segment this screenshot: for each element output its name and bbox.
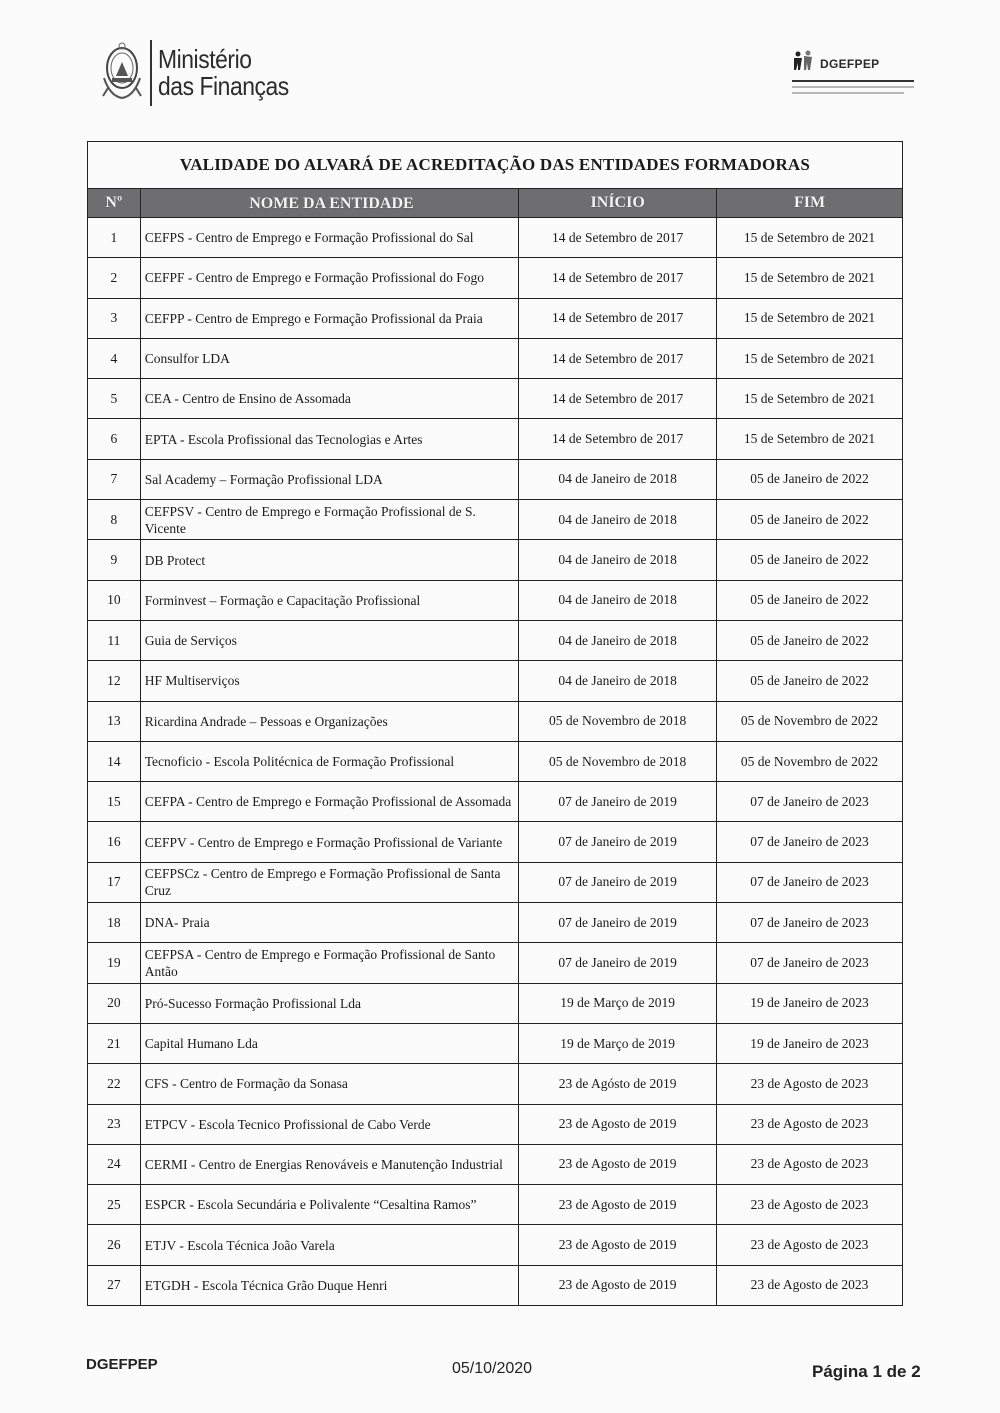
entity-name: CEFPSA - Centro de Emprego e Formação Pr… — [140, 943, 519, 983]
footer-date: 05/10/2020 — [452, 1360, 532, 1378]
start-date: 07 de Janeiro de 2019 — [519, 903, 717, 943]
table-row: 26ETJV - Escola Técnica João Varela23 de… — [88, 1225, 903, 1265]
column-header-entity-name: NOME DA ENTIDADE — [140, 189, 519, 218]
start-date: 05 de Novembro de 2018 — [519, 741, 717, 781]
end-date: 07 de Janeiro de 2023 — [717, 903, 903, 943]
row-number: 1 — [88, 218, 141, 258]
entity-name: CEA - Centro de Ensino de Assomada — [140, 379, 519, 419]
end-date: 05 de Novembro de 2022 — [717, 741, 903, 781]
end-date: 15 de Setembro de 2021 — [717, 338, 903, 378]
start-date: 04 de Janeiro de 2018 — [519, 620, 717, 660]
entity-name: HF Multiserviços — [140, 661, 519, 701]
row-number: 22 — [88, 1064, 141, 1104]
table-row: 10Forminvest – Formação e Capacitação Pr… — [88, 580, 903, 620]
row-number: 21 — [88, 1023, 141, 1063]
entity-name: DNA- Praia — [140, 903, 519, 943]
table-row: 7Sal Academy – Formação Profissional LDA… — [88, 459, 903, 499]
entity-name: CEFPF - Centro de Emprego e Formação Pro… — [140, 258, 519, 298]
entity-name: CEFPSCz - Centro de Emprego e Formação P… — [140, 862, 519, 902]
table-title: VALIDADE DO ALVARÁ DE ACREDITAÇÃO DAS EN… — [88, 142, 903, 189]
start-date: 14 de Setembro de 2017 — [519, 258, 717, 298]
table-row: 23ETPCV - Escola Tecnico Profissional de… — [88, 1104, 903, 1144]
table-row: 20Pró-Sucesso Formação Profissional Lda1… — [88, 983, 903, 1023]
table-header-row: Nº NOME DA ENTIDADE INÍCIO FIM — [88, 189, 903, 218]
entity-name: Forminvest – Formação e Capacitação Prof… — [140, 580, 519, 620]
end-date: 23 de Agosto de 2023 — [717, 1064, 903, 1104]
table-row: 6EPTA - Escola Profissional das Tecnolog… — [88, 419, 903, 459]
entity-name: DB Protect — [140, 540, 519, 580]
start-date: 04 de Janeiro de 2018 — [519, 540, 717, 580]
row-number: 19 — [88, 943, 141, 983]
end-date: 05 de Janeiro de 2022 — [717, 500, 903, 540]
agency-logo: DGEFPEP — [792, 50, 914, 94]
column-header-start: INÍCIO — [519, 189, 717, 218]
entity-name: CEFPV - Centro de Emprego e Formação Pro… — [140, 822, 519, 862]
start-date: 14 de Setembro de 2017 — [519, 298, 717, 338]
table-row: 15CEFPA - Centro de Emprego e Formação P… — [88, 782, 903, 822]
start-date: 04 de Janeiro de 2018 — [519, 459, 717, 499]
row-number: 13 — [88, 701, 141, 741]
row-number: 7 — [88, 459, 141, 499]
agency-brand-name: DGEFPEP — [820, 57, 879, 71]
row-number: 8 — [88, 500, 141, 540]
end-date: 15 de Setembro de 2021 — [717, 298, 903, 338]
row-number: 9 — [88, 540, 141, 580]
start-date: 05 de Novembro de 2018 — [519, 701, 717, 741]
table-row: 9DB Protect04 de Janeiro de 201805 de Ja… — [88, 540, 903, 580]
end-date: 23 de Agosto de 2023 — [717, 1225, 903, 1265]
end-date: 07 de Janeiro de 2023 — [717, 822, 903, 862]
entity-name: CEFPA - Centro de Emprego e Formação Pro… — [140, 782, 519, 822]
table-row: 16CEFPV - Centro de Emprego e Formação P… — [88, 822, 903, 862]
ministry-logo: Ministério das Finanças — [100, 38, 307, 108]
table-row: 13Ricardina Andrade – Pessoas e Organiza… — [88, 701, 903, 741]
table-row: 11Guia de Serviços04 de Janeiro de 20180… — [88, 620, 903, 660]
row-number: 14 — [88, 741, 141, 781]
table-row: 24CERMI - Centro de Energias Renováveis … — [88, 1144, 903, 1184]
table-row: 2CEFPF - Centro de Emprego e Formação Pr… — [88, 258, 903, 298]
row-number: 3 — [88, 298, 141, 338]
start-date: 19 de Março de 2019 — [519, 1023, 717, 1063]
column-header-number: Nº — [88, 189, 141, 218]
start-date: 23 de Agósto de 2019 — [519, 1064, 717, 1104]
row-number: 11 — [88, 620, 141, 660]
table-row: 5CEA - Centro de Ensino de Assomada14 de… — [88, 379, 903, 419]
entity-name: EPTA - Escola Profissional das Tecnologi… — [140, 419, 519, 459]
entity-name: ETPCV - Escola Tecnico Profissional de C… — [140, 1104, 519, 1144]
coat-of-arms-icon — [100, 38, 144, 108]
end-date: 15 de Setembro de 2021 — [717, 379, 903, 419]
ministry-name-line2: das Finanças — [158, 73, 289, 100]
start-date: 07 de Janeiro de 2019 — [519, 782, 717, 822]
start-date: 23 de Agosto de 2019 — [519, 1144, 717, 1184]
row-number: 4 — [88, 338, 141, 378]
start-date: 04 de Janeiro de 2018 — [519, 661, 717, 701]
start-date: 23 de Agosto de 2019 — [519, 1104, 717, 1144]
start-date: 07 de Janeiro de 2019 — [519, 943, 717, 983]
start-date: 14 de Setembro de 2017 — [519, 419, 717, 459]
end-date: 05 de Janeiro de 2022 — [717, 620, 903, 660]
people-figures-icon — [792, 50, 814, 77]
end-date: 23 de Agosto de 2023 — [717, 1104, 903, 1144]
row-number: 26 — [88, 1225, 141, 1265]
entity-name: CEFPS - Centro de Emprego e Formação Pro… — [140, 218, 519, 258]
table-row: 12HF Multiserviços04 de Janeiro de 20180… — [88, 661, 903, 701]
agency-subtitle-line — [792, 92, 904, 94]
table-row: 4Consulfor LDA14 de Setembro de 201715 d… — [88, 338, 903, 378]
row-number: 15 — [88, 782, 141, 822]
ministry-name: Ministério das Finanças — [158, 46, 289, 100]
row-number: 23 — [88, 1104, 141, 1144]
start-date: 04 de Janeiro de 2018 — [519, 580, 717, 620]
end-date: 05 de Janeiro de 2022 — [717, 661, 903, 701]
row-number: 5 — [88, 379, 141, 419]
end-date: 07 de Janeiro de 2023 — [717, 862, 903, 902]
footer-agency: DGEFPEP — [86, 1356, 158, 1373]
entity-name: CEFPSV - Centro de Emprego e Formação Pr… — [140, 500, 519, 540]
end-date: 15 de Setembro de 2021 — [717, 218, 903, 258]
start-date: 04 de Janeiro de 2018 — [519, 500, 717, 540]
row-number: 12 — [88, 661, 141, 701]
row-number: 16 — [88, 822, 141, 862]
agency-logo-rule — [792, 80, 914, 82]
table-row: 8CEFPSV - Centro de Emprego e Formação P… — [88, 500, 903, 540]
entity-name: CERMI - Centro de Energias Renováveis e … — [140, 1144, 519, 1184]
row-number: 17 — [88, 862, 141, 902]
footer-page-number: Página 1 de 2 — [812, 1362, 921, 1382]
accreditation-table: VALIDADE DO ALVARÁ DE ACREDITAÇÃO DAS EN… — [87, 141, 903, 1306]
entity-name: Tecnoficio - Escola Politécnica de Forma… — [140, 741, 519, 781]
end-date: 05 de Janeiro de 2022 — [717, 580, 903, 620]
agency-subtitle-line — [792, 86, 914, 88]
entity-name: CEFPP - Centro de Emprego e Formação Pro… — [140, 298, 519, 338]
entity-name: ETJV - Escola Técnica João Varela — [140, 1225, 519, 1265]
table-row: 21Capital Humano Lda19 de Março de 20191… — [88, 1023, 903, 1063]
entity-name: Capital Humano Lda — [140, 1023, 519, 1063]
logo-divider — [150, 40, 152, 106]
end-date: 05 de Novembro de 2022 — [717, 701, 903, 741]
table-row: 18DNA- Praia07 de Janeiro de 201907 de J… — [88, 903, 903, 943]
table-row: 19CEFPSA - Centro de Emprego e Formação … — [88, 943, 903, 983]
start-date: 14 de Setembro de 2017 — [519, 218, 717, 258]
end-date: 15 de Setembro de 2021 — [717, 258, 903, 298]
table-body: 1CEFPS - Centro de Emprego e Formação Pr… — [88, 218, 903, 1306]
row-number: 18 — [88, 903, 141, 943]
entity-name: ETGDH - Escola Técnica Grão Duque Henri — [140, 1265, 519, 1305]
end-date: 23 de Agosto de 2023 — [717, 1265, 903, 1305]
start-date: 14 de Setembro de 2017 — [519, 338, 717, 378]
start-date: 19 de Março de 2019 — [519, 983, 717, 1023]
entity-name: Guia de Serviços — [140, 620, 519, 660]
row-number: 24 — [88, 1144, 141, 1184]
end-date: 23 de Agosto de 2023 — [717, 1144, 903, 1184]
column-header-end: FIM — [717, 189, 903, 218]
entity-name: Consulfor LDA — [140, 338, 519, 378]
ministry-name-line1: Ministério — [158, 46, 289, 73]
entity-name: Ricardina Andrade – Pessoas e Organizaçõ… — [140, 701, 519, 741]
table-row: 14Tecnoficio - Escola Politécnica de For… — [88, 741, 903, 781]
table-row: 27ETGDH - Escola Técnica Grão Duque Henr… — [88, 1265, 903, 1305]
start-date: 14 de Setembro de 2017 — [519, 379, 717, 419]
start-date: 07 de Janeiro de 2019 — [519, 822, 717, 862]
row-number: 10 — [88, 580, 141, 620]
row-number: 20 — [88, 983, 141, 1023]
entity-name: CFS - Centro de Formação da Sonasa — [140, 1064, 519, 1104]
table-row: 22CFS - Centro de Formação da Sonasa23 d… — [88, 1064, 903, 1104]
row-number: 6 — [88, 419, 141, 459]
end-date: 19 de Janeiro de 2023 — [717, 983, 903, 1023]
table-row: 1CEFPS - Centro de Emprego e Formação Pr… — [88, 218, 903, 258]
end-date: 05 de Janeiro de 2022 — [717, 459, 903, 499]
table-row: 17CEFPSCz - Centro de Emprego e Formação… — [88, 862, 903, 902]
start-date: 23 de Agosto de 2019 — [519, 1265, 717, 1305]
entity-name: Pró-Sucesso Formação Profissional Lda — [140, 983, 519, 1023]
start-date: 07 de Janeiro de 2019 — [519, 862, 717, 902]
table-row: 3CEFPP - Centro de Emprego e Formação Pr… — [88, 298, 903, 338]
start-date: 23 de Agosto de 2019 — [519, 1185, 717, 1225]
entity-name: ESPCR - Escola Secundária e Polivalente … — [140, 1185, 519, 1225]
row-number: 27 — [88, 1265, 141, 1305]
table-row: 25ESPCR - Escola Secundária e Polivalent… — [88, 1185, 903, 1225]
end-date: 15 de Setembro de 2021 — [717, 419, 903, 459]
end-date: 23 de Agosto de 2023 — [717, 1185, 903, 1225]
entity-name: Sal Academy – Formação Profissional LDA — [140, 459, 519, 499]
end-date: 05 de Janeiro de 2022 — [717, 540, 903, 580]
end-date: 07 de Janeiro de 2023 — [717, 943, 903, 983]
row-number: 2 — [88, 258, 141, 298]
end-date: 19 de Janeiro de 2023 — [717, 1023, 903, 1063]
end-date: 07 de Janeiro de 2023 — [717, 782, 903, 822]
row-number: 25 — [88, 1185, 141, 1225]
start-date: 23 de Agosto de 2019 — [519, 1225, 717, 1265]
